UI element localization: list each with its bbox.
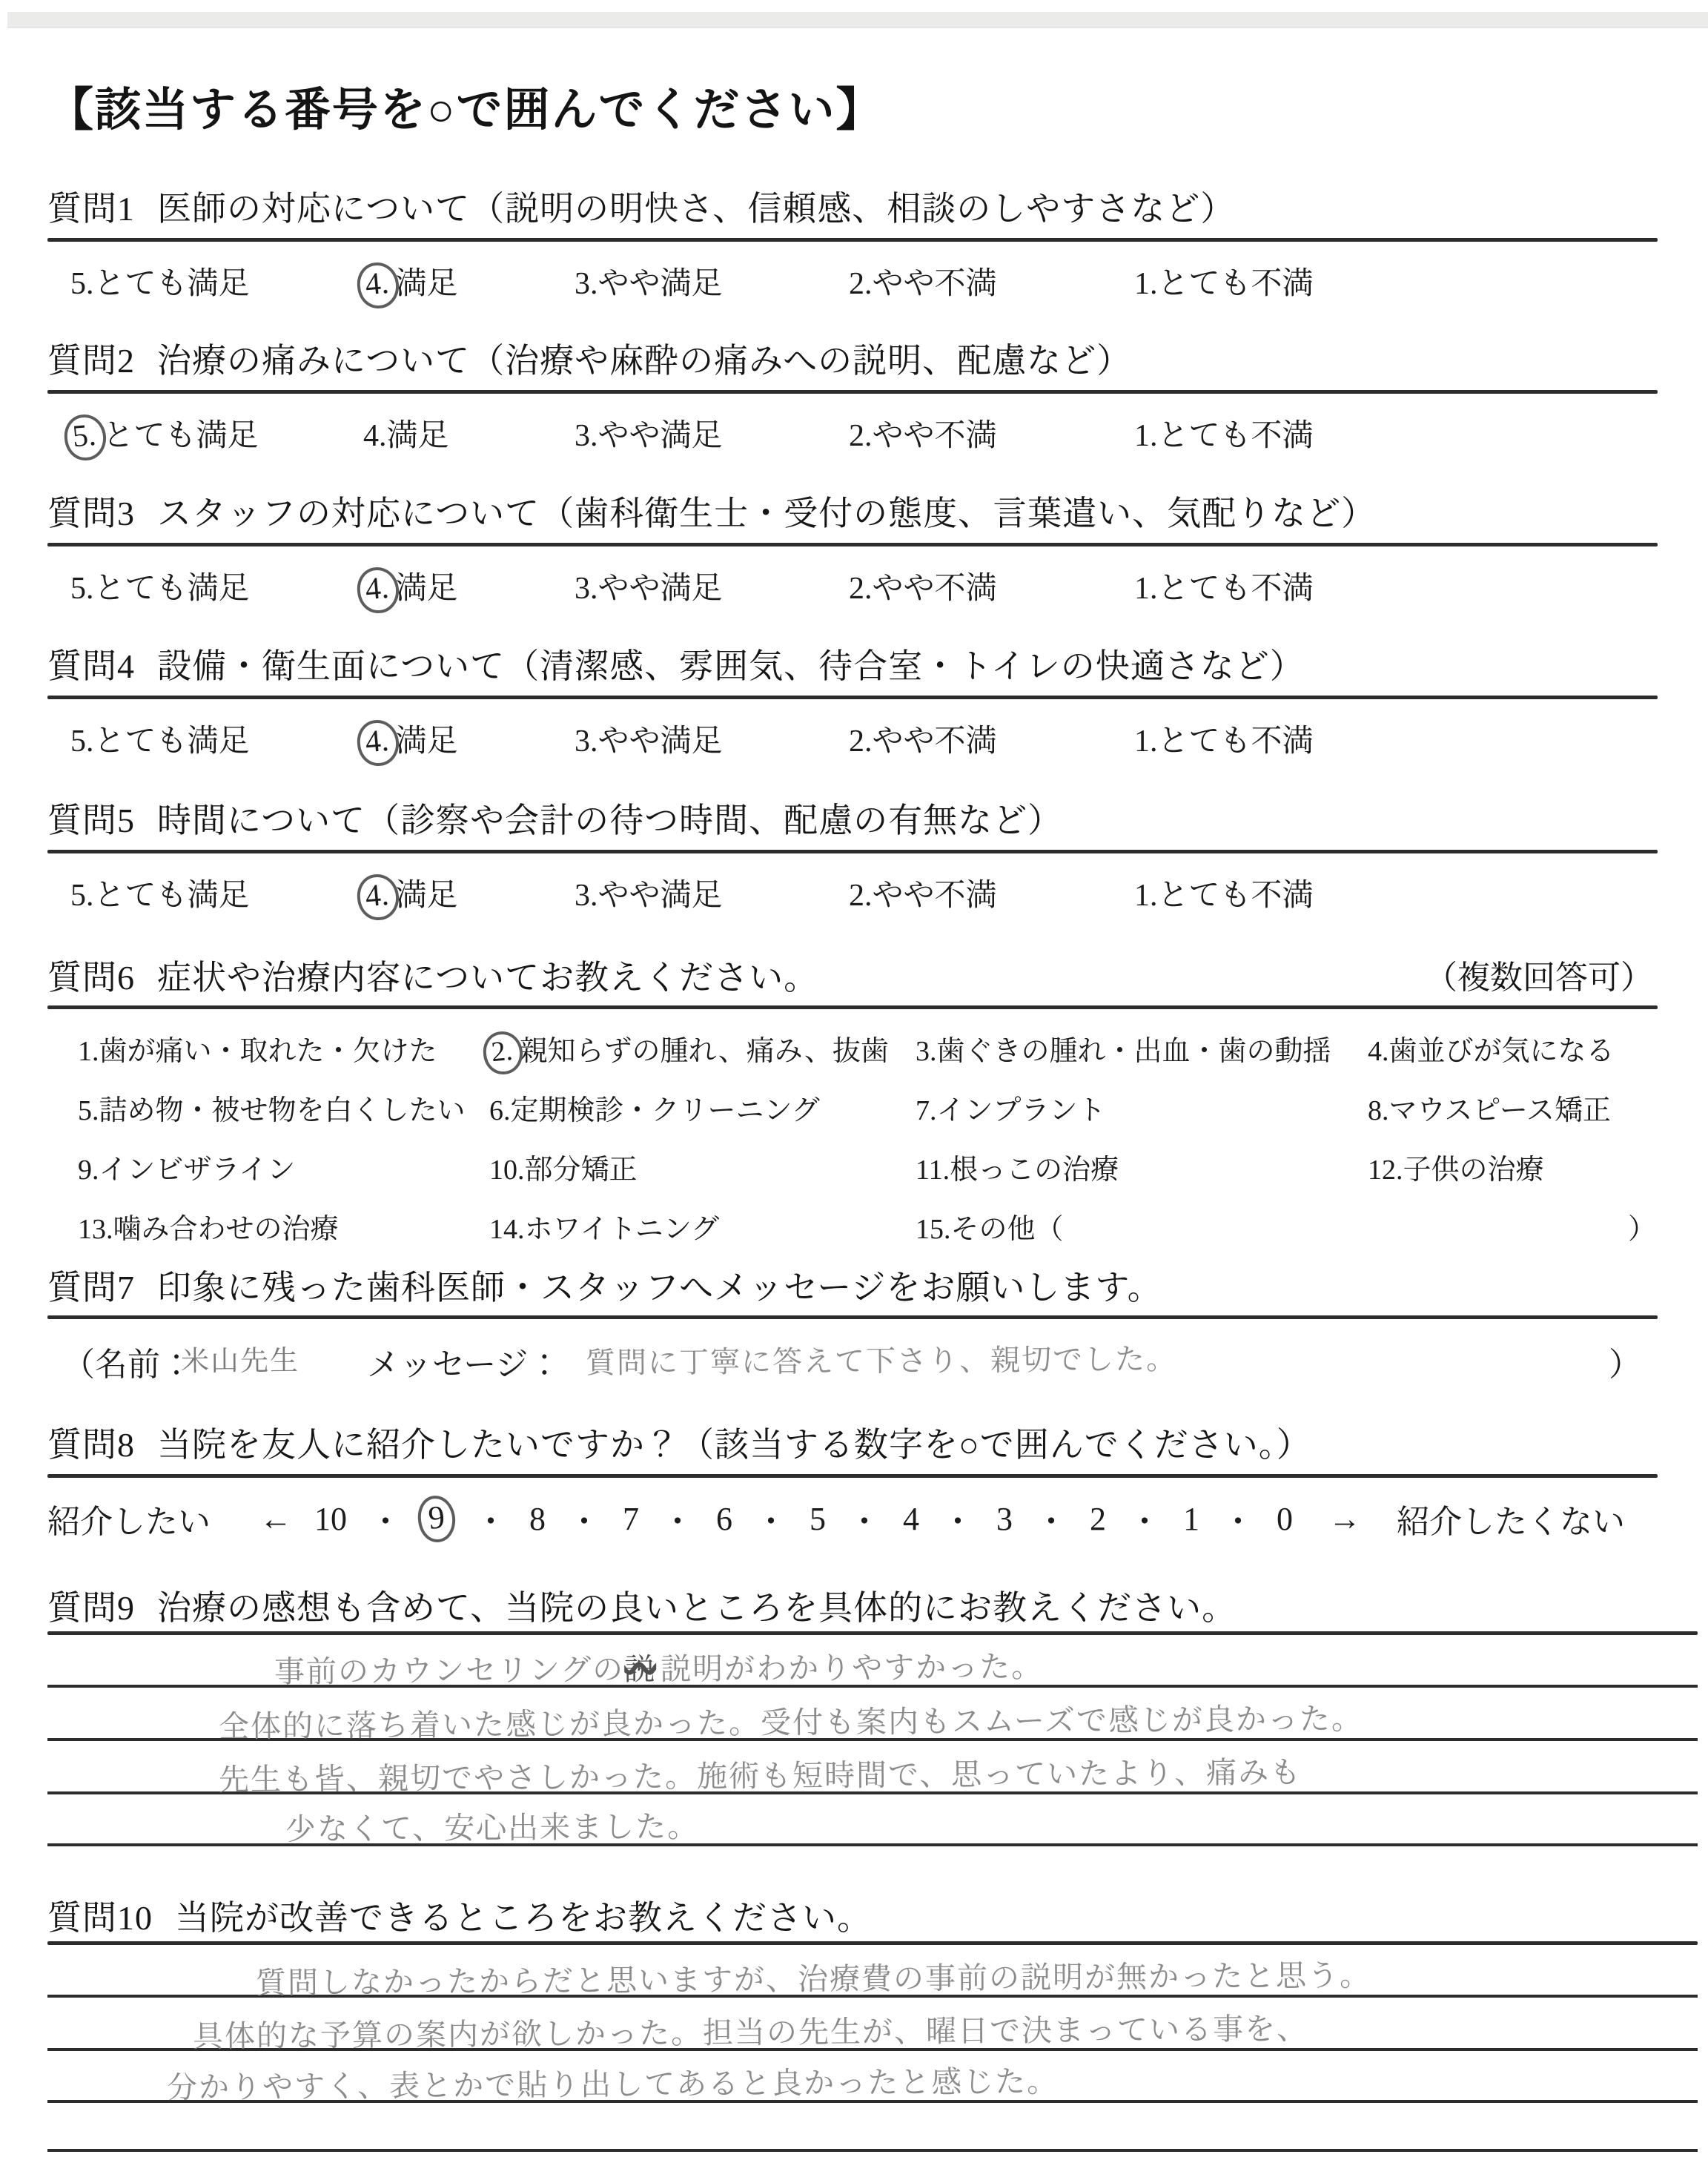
q4-option-3[interactable]: 3.やや満足 bbox=[575, 716, 723, 761]
q2-selected-circle: 5. bbox=[62, 413, 107, 463]
question-10-title: 当院が改善できるところをお教えください。 bbox=[175, 1899, 872, 1937]
question-9-title: 治療の感想も含めて、当院の良いところを具体的にお教えください。 bbox=[157, 1589, 1237, 1627]
q4-option-1[interactable]: 1.とても不満 bbox=[1134, 716, 1314, 761]
writing-line bbox=[47, 2149, 1698, 2152]
question-4-id: 質問4 bbox=[47, 647, 135, 685]
separator-line bbox=[47, 390, 1658, 394]
q6-item-5[interactable]: 5.詰め物・被せ物を白くしたい bbox=[78, 1087, 466, 1128]
q6-item-9[interactable]: 9.インビザライン bbox=[78, 1146, 295, 1187]
q7-message-value[interactable]: 質問に丁寧に答えて下さり、親切でした。 bbox=[586, 1335, 1177, 1382]
q6-other-close-paren: ） bbox=[1628, 1206, 1656, 1246]
q1-option-1[interactable]: 1.とても不満 bbox=[1134, 259, 1314, 303]
separator-line bbox=[47, 696, 1658, 699]
q5-option-1[interactable]: 1.とても不満 bbox=[1134, 871, 1314, 915]
q6-item-3[interactable]: 3.歯ぐきの腫れ・出血・歯の動揺 bbox=[916, 1028, 1331, 1069]
q8-dot: ・ bbox=[1222, 1495, 1254, 1542]
page-title: 【該当する番号を○で囲んでください】 bbox=[47, 73, 883, 139]
q2-option-5-selected[interactable]: 5.とても満足 bbox=[70, 411, 259, 455]
q6-selected-circle: 2. bbox=[482, 1030, 524, 1076]
question-2-title: 治療の痛みについて（治療や麻酔の痛みへの説明、配慮など） bbox=[157, 342, 1131, 380]
q6-item-14[interactable]: 14.ホワイトニング bbox=[489, 1206, 719, 1246]
q8-dot: ・ bbox=[661, 1495, 694, 1542]
question-1-heading: 質問1医師の対応について（説明の明快さ、信頼感、相談のしやすさなど） bbox=[47, 182, 1235, 231]
q3-option-4-selected[interactable]: 4.満足 bbox=[363, 564, 458, 608]
separator-line bbox=[47, 238, 1658, 242]
q8-left-arrow: ← bbox=[259, 1500, 292, 1538]
question-5-id: 質問5 bbox=[47, 802, 135, 839]
q5-option-4-selected[interactable]: 4.満足 bbox=[363, 871, 458, 915]
question-7-heading: 質問7印象に残った歯科医師・スタッフへメッセージをお願いします。 bbox=[47, 1261, 1162, 1309]
q4-option-2[interactable]: 2.やや不満 bbox=[849, 716, 997, 761]
q1-option-3[interactable]: 3.やや満足 bbox=[575, 259, 723, 303]
question-2-heading: 質問2治療の痛みについて（治療や麻酔の痛みへの説明、配慮など） bbox=[47, 334, 1131, 383]
question-8-id: 質問8 bbox=[47, 1426, 135, 1464]
q8-number-1[interactable]: 1 bbox=[1183, 1500, 1199, 1538]
q2-option-2[interactable]: 2.やや不満 bbox=[849, 411, 997, 455]
question-10-heading: 質問10当院が改善できるところをお教えください。 bbox=[47, 1891, 872, 1940]
separator-line bbox=[47, 1005, 1658, 1009]
question-4: 質問4設備・衛生面について（清潔感、雰囲気、待合室・トイレの快適さなど） 5.と… bbox=[47, 639, 1658, 765]
q2-option-3[interactable]: 3.やや満足 bbox=[575, 411, 723, 455]
writing-line bbox=[47, 1631, 1698, 1635]
q9-handwriting-line-1: 事前のカウンセリングの説説明がわかりやすかった。 bbox=[274, 1642, 1044, 1691]
question-7: 質問7印象に残った歯科医師・スタッフへメッセージをお願いします。 （名前： 米山… bbox=[47, 1261, 1658, 1394]
question-4-heading: 質問4設備・衛生面について（清潔感、雰囲気、待合室・トイレの快適さなど） bbox=[47, 639, 1305, 688]
question-3: 質問3スタッフの対応について（歯科衛生士・受付の態度、言葉遣い、気配りなど） 5… bbox=[47, 486, 1658, 612]
scan-artifact-strip bbox=[7, 12, 1708, 28]
q10-handwriting-line-2: 具体的な予算の案内が欲しかった。担当の先生が、曜日で決まっている事を、 bbox=[193, 2004, 1308, 2056]
separator-line bbox=[47, 543, 1658, 546]
q8-number-0[interactable]: 0 bbox=[1277, 1500, 1293, 1538]
question-6-id: 質問6 bbox=[47, 959, 135, 997]
q6-item-7[interactable]: 7.インプラント bbox=[916, 1087, 1106, 1128]
q3-selected-circle: 4. bbox=[355, 566, 400, 615]
q8-dot: ・ bbox=[755, 1495, 787, 1542]
question-5-title: 時間について（診察や会計の待つ時間、配慮の有無など） bbox=[157, 802, 1062, 839]
q6-item-1[interactable]: 1.歯が痛い・取れた・欠けた bbox=[78, 1028, 437, 1069]
question-9-heading: 質問9治療の感想も含めて、当院の良いところを具体的にお教えください。 bbox=[47, 1581, 1237, 1630]
question-1-title: 医師の対応について（説明の明快さ、信頼感、相談のしやすさなど） bbox=[157, 190, 1235, 228]
q3-option-3[interactable]: 3.やや満足 bbox=[575, 564, 723, 608]
q1-selected-circle: 4. bbox=[355, 261, 400, 311]
q6-item-4[interactable]: 4.歯並びが気になる bbox=[1368, 1028, 1615, 1069]
writing-line bbox=[47, 1941, 1698, 1945]
question-10: 質問10当院が改善できるところをお教えください。 質問しなかったからだと思います… bbox=[47, 1891, 1698, 2158]
question-10-id: 質問10 bbox=[47, 1899, 153, 1937]
q8-dot: ・ bbox=[1128, 1495, 1161, 1542]
q8-number-2[interactable]: 2 bbox=[1090, 1500, 1106, 1538]
question-3-heading: 質問3スタッフの対応について（歯科衛生士・受付の態度、言葉遣い、気配りなど） bbox=[47, 486, 1376, 535]
q8-dot: ・ bbox=[848, 1495, 881, 1542]
q3-option-2[interactable]: 2.やや不満 bbox=[849, 564, 997, 608]
question-6: 質問6症状や治療内容についてお教えください。 （複数回答可） 1.歯が痛い・取れ… bbox=[47, 951, 1658, 1255]
question-7-title: 印象に残った歯科医師・スタッフへメッセージをお願いします。 bbox=[157, 1269, 1162, 1307]
q7-name-value[interactable]: 米山先生 bbox=[181, 1337, 299, 1378]
q4-selected-circle: 4. bbox=[355, 719, 400, 768]
q8-number-7[interactable]: 7 bbox=[623, 1500, 639, 1538]
q8-number-6[interactable]: 6 bbox=[716, 1500, 732, 1538]
q2-option-1[interactable]: 1.とても不満 bbox=[1134, 411, 1314, 455]
separator-line bbox=[47, 850, 1658, 853]
q7-name-label: （名前： bbox=[62, 1338, 193, 1385]
q4-option-5[interactable]: 5.とても満足 bbox=[70, 716, 250, 761]
separator-line bbox=[47, 1315, 1658, 1319]
q8-dot: ・ bbox=[568, 1495, 600, 1542]
question-1-id: 質問1 bbox=[47, 190, 135, 228]
q2-option-4[interactable]: 4.満足 bbox=[363, 411, 449, 455]
q6-item-10[interactable]: 10.部分矯正 bbox=[489, 1146, 638, 1187]
q6-item-11[interactable]: 11.根っこの治療 bbox=[916, 1146, 1119, 1187]
q8-number-10[interactable]: 10 bbox=[314, 1500, 347, 1538]
separator-line bbox=[47, 1474, 1658, 1478]
q8-right-label: 紹介したくない bbox=[1397, 1495, 1625, 1542]
question-5-heading: 質問5時間について（診察や会計の待つ時間、配慮の有無など） bbox=[47, 793, 1062, 842]
q8-dot: ・ bbox=[369, 1495, 402, 1542]
question-6-note: （複数回答可） bbox=[1425, 951, 1653, 998]
q8-number-3[interactable]: 3 bbox=[996, 1500, 1013, 1538]
question-3-id: 質問3 bbox=[47, 495, 135, 532]
question-2-id: 質問2 bbox=[47, 342, 135, 380]
q8-dot: ・ bbox=[474, 1495, 507, 1542]
q6-item-6[interactable]: 6.定期検診・クリーニング bbox=[489, 1087, 820, 1128]
question-6-title: 症状や治療内容についてお教えください。 bbox=[157, 959, 818, 997]
q1-option-5[interactable]: 5.とても満足 bbox=[70, 259, 250, 303]
q8-left-label: 紹介したい bbox=[47, 1495, 211, 1542]
q5-option-5[interactable]: 5.とても満足 bbox=[70, 871, 250, 915]
q6-item-2-selected[interactable]: 2.親知らずの腫れ、痛み、抜歯 bbox=[489, 1028, 889, 1069]
q9-handwriting-line-4: 少なくて、安心出来ました。 bbox=[285, 1802, 700, 1849]
question-9-id: 質問9 bbox=[47, 1589, 135, 1627]
q8-number-8[interactable]: 8 bbox=[529, 1500, 546, 1538]
q5-option-3[interactable]: 3.やや満足 bbox=[575, 871, 723, 915]
q8-number-5[interactable]: 5 bbox=[810, 1500, 826, 1538]
q8-scale: 紹介したい ← 10 ・ 9 ・ 8 ・ 7 ・ 6 ・ 5 ・ 4 ・ 3 ・… bbox=[47, 1495, 1625, 1542]
question-6-heading: 質問6症状や治療内容についてお教えください。 bbox=[47, 951, 818, 1000]
q5-selected-circle: 4. bbox=[355, 873, 400, 922]
q1-option-2[interactable]: 2.やや不満 bbox=[849, 259, 997, 303]
q6-item-13[interactable]: 13.噛み合わせの治療 bbox=[78, 1206, 339, 1246]
q6-item-12[interactable]: 12.子供の治療 bbox=[1368, 1146, 1544, 1187]
scribbled-out-character: 説 bbox=[624, 1651, 656, 1687]
q8-number-4[interactable]: 4 bbox=[903, 1500, 919, 1538]
q10-handwriting-line-1: 質問しなかったからだと思いますが、治療費の事前の説明が無かったと思う。 bbox=[256, 1951, 1371, 2003]
question-3-title: スタッフの対応について（歯科衛生士・受付の態度、言葉遣い、気配りなど） bbox=[157, 495, 1376, 532]
q4-option-4-selected[interactable]: 4.満足 bbox=[363, 716, 458, 761]
q8-dot: ・ bbox=[1035, 1495, 1067, 1542]
q6-item-15-other[interactable]: 15.その他（ bbox=[916, 1206, 1064, 1246]
q9-handwriting-line-2: 全体的に落ち着いた感じが良かった。受付も案内もスムーズで感じが良かった。 bbox=[219, 1694, 1363, 1746]
question-8-heading: 質問8当院を友人に紹介したいですか？（該当する数字を○で囲んでください。） bbox=[47, 1418, 1311, 1467]
q8-number-9-selected[interactable]: 9 bbox=[416, 1493, 457, 1543]
survey-page: 【該当する番号を○で囲んでください】 質問1医師の対応について（説明の明快さ、信… bbox=[0, 0, 1708, 2160]
q5-option-2[interactable]: 2.やや不満 bbox=[849, 871, 997, 915]
question-7-id: 質問7 bbox=[47, 1269, 135, 1307]
q8-right-arrow: → bbox=[1328, 1500, 1361, 1538]
question-1: 質問1医師の対応について（説明の明快さ、信頼感、相談のしやすさなど） 5.とても… bbox=[47, 182, 1658, 308]
q3-option-5[interactable]: 5.とても満足 bbox=[70, 564, 250, 608]
q10-handwriting-line-3: 分かりやすく、表とかで貼り出してあると良かったと感じた。 bbox=[167, 2057, 1059, 2107]
q8-dot: ・ bbox=[941, 1495, 974, 1542]
question-4-title: 設備・衛生面について（清潔感、雰囲気、待合室・トイレの快適さなど） bbox=[157, 647, 1305, 685]
q9-handwriting-line-3: 先生も皆、親切でやさしかった。施術も短時間で、思っていたより、痛みも bbox=[219, 1748, 1302, 1799]
q1-option-4-selected[interactable]: 4.満足 bbox=[363, 259, 458, 303]
q6-item-8[interactable]: 8.マウスピース矯正 bbox=[1368, 1087, 1611, 1128]
question-8-title: 当院を友人に紹介したいですか？（該当する数字を○で囲んでください。） bbox=[157, 1426, 1311, 1464]
question-2: 質問2治療の痛みについて（治療や麻酔の痛みへの説明、配慮など） 5.とても満足 … bbox=[47, 334, 1658, 460]
question-9: 質問9治療の感想も含めて、当院の良いところを具体的にお教えください。 事前のカウ… bbox=[47, 1581, 1698, 1863]
q3-option-1[interactable]: 1.とても不満 bbox=[1134, 564, 1314, 608]
q7-close-paren: ） bbox=[1609, 1338, 1641, 1385]
question-8: 質問8当院を友人に紹介したいですか？（該当する数字を○で囲んでください。） 紹介… bbox=[47, 1418, 1658, 1551]
question-5: 質問5時間について（診察や会計の待つ時間、配慮の有無など） 5.とても満足 4.… bbox=[47, 793, 1658, 919]
q7-message-label: メッセージ： bbox=[367, 1338, 560, 1385]
